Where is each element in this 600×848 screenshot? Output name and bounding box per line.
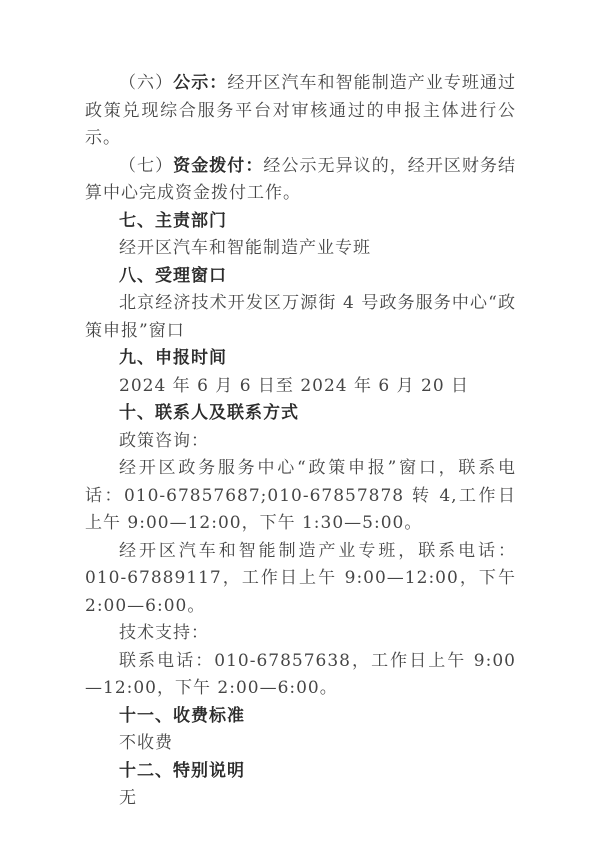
paragraph: 2024 年 6 月 6 日至 2024 年 6 月 20 日 (85, 373, 516, 401)
text-run: 技术支持： (119, 623, 209, 643)
text-run: 北京经济技术开发区万源街 4 号政务服务中心“政策申报”窗口 (85, 293, 516, 341)
paragraph: 经开区汽车和智能制造产业专班，联系电话：010-67889117，工作日上午 9… (85, 538, 516, 621)
text-run: 不收费 (119, 733, 173, 753)
text-run: 经开区政务服务中心“政策申报”窗口，联系电话：010-67857687;010-… (85, 458, 516, 533)
bold-text-run: 十二、特别说明 (119, 761, 245, 781)
paragraph: 政策咨询： (85, 428, 516, 456)
paragraph: 经开区汽车和智能制造产业专班 (85, 235, 516, 263)
paragraph: （六）公示：经开区汽车和智能制造产业专班通过政策兑现综合服务平台对审核通过的申报… (85, 70, 516, 153)
text-run: 政策咨询： (119, 431, 209, 451)
section-heading: 七、主责部门 (85, 208, 516, 236)
bold-text-run: 十一、收费标准 (119, 706, 245, 726)
bold-text-run: 八、受理窗口 (119, 266, 227, 286)
text-run: （七） (119, 156, 173, 176)
section-heading: 十二、特别说明 (85, 758, 516, 786)
paragraph: （七）资金拨付：经公示无异议的，经开区财务结算中心完成资金拨付工作。 (85, 153, 516, 208)
text-run: 经开区汽车和智能制造产业专班，联系电话：010-67889117，工作日上午 9… (85, 541, 516, 616)
paragraph: 技术支持： (85, 620, 516, 648)
section-heading: 十一、收费标准 (85, 703, 516, 731)
bold-text-run: 七、主责部门 (119, 211, 227, 231)
bold-text-run: 公示： (173, 73, 227, 93)
section-heading: 十、联系人及联系方式 (85, 400, 516, 428)
bold-text-run: 资金拨付： (173, 156, 263, 176)
paragraph: 联系电话：010-67857638，工作日上午 9:00—12:00，下午 2:… (85, 648, 516, 703)
paragraph: 北京经济技术开发区万源街 4 号政务服务中心“政策申报”窗口 (85, 290, 516, 345)
paragraph: 不收费 (85, 730, 516, 758)
paragraph: 无 (85, 785, 516, 813)
bold-text-run: 十、联系人及联系方式 (119, 403, 299, 423)
section-heading: 八、受理窗口 (85, 263, 516, 291)
text-run: 2024 年 6 月 6 日至 2024 年 6 月 20 日 (119, 376, 469, 396)
bold-text-run: 九、申报时间 (119, 348, 227, 368)
section-heading: 九、申报时间 (85, 345, 516, 373)
paragraph: 经开区政务服务中心“政策申报”窗口，联系电话：010-67857687;010-… (85, 455, 516, 538)
text-run: 无 (119, 788, 137, 808)
document-page: （六）公示：经开区汽车和智能制造产业专班通过政策兑现综合服务平台对审核通过的申报… (0, 0, 600, 848)
text-run: 经开区汽车和智能制造产业专班 (119, 238, 371, 258)
text-run: （六） (119, 73, 173, 93)
text-run: 联系电话：010-67857638，工作日上午 9:00—12:00，下午 2:… (85, 651, 516, 699)
